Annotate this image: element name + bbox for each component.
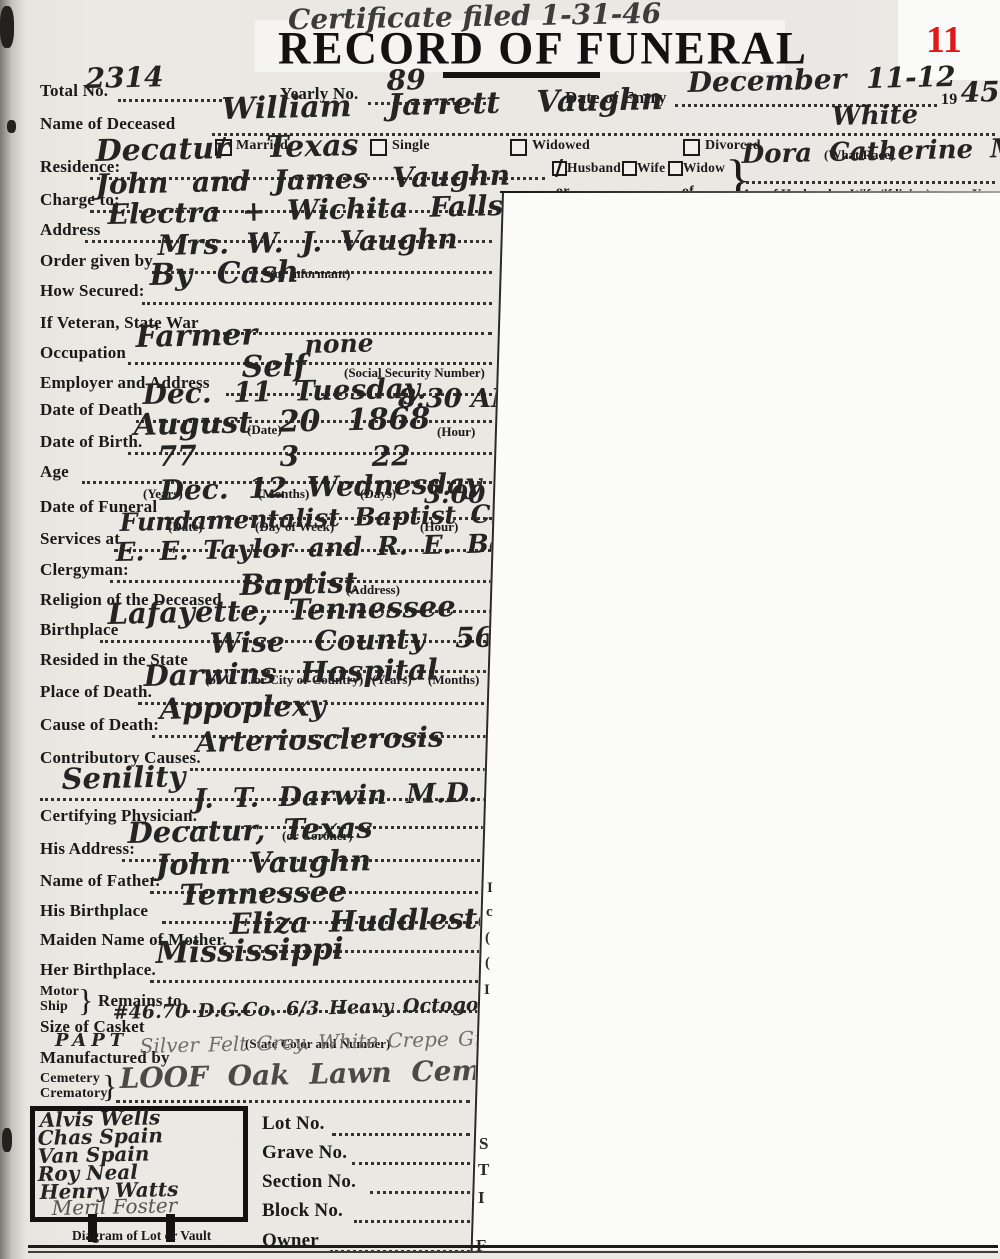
death-hour-sublabel: (Hour): [437, 424, 475, 440]
race-value: White: [831, 100, 918, 132]
dotted-leader: [354, 1220, 470, 1223]
age-years-value: 77: [157, 439, 197, 473]
diagram-caption: Diagram of Lot or Vault: [72, 1228, 211, 1244]
section-no-label: Section No.: [262, 1171, 356, 1193]
scan-blemish: [2, 1128, 12, 1152]
order-given-by-label: Order given by: [40, 251, 153, 271]
wife-checkbox: [622, 161, 637, 176]
header-rule: [443, 72, 600, 78]
mother-birthplace-label: Her Birthplace.: [40, 960, 156, 980]
father-birthplace-label: His Birthplace: [40, 901, 148, 921]
scan-edge-shadow: [0, 0, 26, 1259]
occupation-value: Farmer: [135, 317, 257, 355]
dotted-leader: [150, 980, 492, 983]
occupation-label: Occupation: [40, 343, 126, 363]
spouse-name-value: Dora Catherine Moore: [741, 132, 1000, 170]
paste-over-blank: [470, 193, 1000, 1250]
place-of-death-value: Darwins Hospital: [143, 652, 438, 693]
crematory-label: Crematory: [40, 1086, 108, 1102]
birthplace-label: Birthplace: [40, 620, 119, 640]
address-label: Address: [40, 220, 101, 240]
mother-birthplace-value: Mississippi: [155, 932, 344, 971]
year-written: 45: [960, 75, 1000, 109]
text-fragment: T: [478, 1160, 489, 1180]
father-label: Name of Father.: [40, 871, 160, 891]
dotted-leader: [370, 1191, 470, 1194]
contributory-value: Arteriosclerosis: [195, 720, 444, 759]
text-fragment: c: [486, 904, 493, 921]
wife-label: Wife: [637, 160, 665, 176]
dotted-leader: [332, 1133, 470, 1136]
widowed-label: Widowed: [532, 138, 590, 154]
year-printed: 19: [941, 91, 957, 109]
place-of-death-label: Place of Death.: [40, 682, 152, 702]
dotted-leader: [190, 768, 492, 771]
widow-checkbox: [668, 161, 683, 176]
remains-brace: }: [78, 982, 93, 1019]
text-fragment: I: [484, 982, 490, 999]
motor-label: Motor: [40, 984, 79, 1000]
page-number: 11: [926, 18, 962, 62]
paste-over-top-border: [500, 191, 1000, 193]
dotted-leader: [352, 1162, 470, 1165]
dotted-leader: [740, 181, 995, 184]
dotted-leader: [116, 1100, 470, 1103]
pallbearer-name: Meril Foster: [51, 1193, 177, 1220]
how-secured-label: How Secured:: [40, 281, 145, 301]
text-fragment: (: [485, 955, 490, 972]
bottom-rule: [28, 1251, 998, 1253]
his-address-label: His Address:: [40, 839, 135, 859]
divorced-checkbox: [683, 139, 700, 156]
single-checkbox: [370, 139, 387, 156]
how-secured-value: By Cash: [149, 255, 299, 293]
date-of-birth-label: Date of Birth.: [40, 432, 142, 452]
husband-label: Husband: [567, 160, 621, 176]
lot-no-label: Lot No.: [262, 1113, 325, 1135]
scan-blemish: [7, 120, 16, 133]
dotted-leader: [118, 99, 228, 102]
single-label: Single: [392, 138, 430, 154]
owner-label: Owner: [262, 1230, 319, 1252]
cause-of-death-value: Appoplexy: [159, 688, 326, 726]
block-no-label: Block No.: [262, 1200, 343, 1222]
age-months-value: 3: [279, 440, 299, 473]
text-fragment: I: [487, 880, 493, 897]
grave-no-label: Grave No.: [262, 1142, 347, 1164]
scan-blemish: [0, 6, 14, 48]
date-of-death-label: Date of Death: [40, 400, 143, 420]
cemetery-label: Cemetery: [40, 1071, 100, 1087]
bottom-rule: [28, 1245, 998, 1248]
text-fragment: (: [485, 930, 490, 947]
date-of-entry-value: December 11-12: [687, 60, 956, 99]
services-at-label: Services at: [40, 529, 120, 549]
widowed-checkbox: [510, 139, 527, 156]
date-of-birth-value: August 20 1868: [133, 401, 430, 443]
contributory-value-2: Senility: [61, 759, 186, 796]
husband-checkbox: [552, 161, 567, 176]
physician-value: J. T. Darwin M.D.: [193, 778, 477, 815]
cause-of-death-label: Cause of Death:: [40, 715, 159, 735]
ship-label: Ship: [40, 999, 68, 1015]
funeral-record-scan: Certificate filed 1-31-46 RECORD OF FUNE…: [0, 0, 1000, 1259]
name-of-deceased-label: Name of Deceased: [40, 114, 175, 134]
widow-label: Widow: [683, 160, 725, 176]
age-label: Age: [40, 462, 69, 482]
ssn-value: none: [304, 328, 374, 359]
text-fragment: S: [479, 1134, 488, 1154]
text-fragment: I: [478, 1188, 485, 1208]
dotted-leader: [142, 302, 492, 305]
total-no-value: 2314: [85, 60, 164, 95]
